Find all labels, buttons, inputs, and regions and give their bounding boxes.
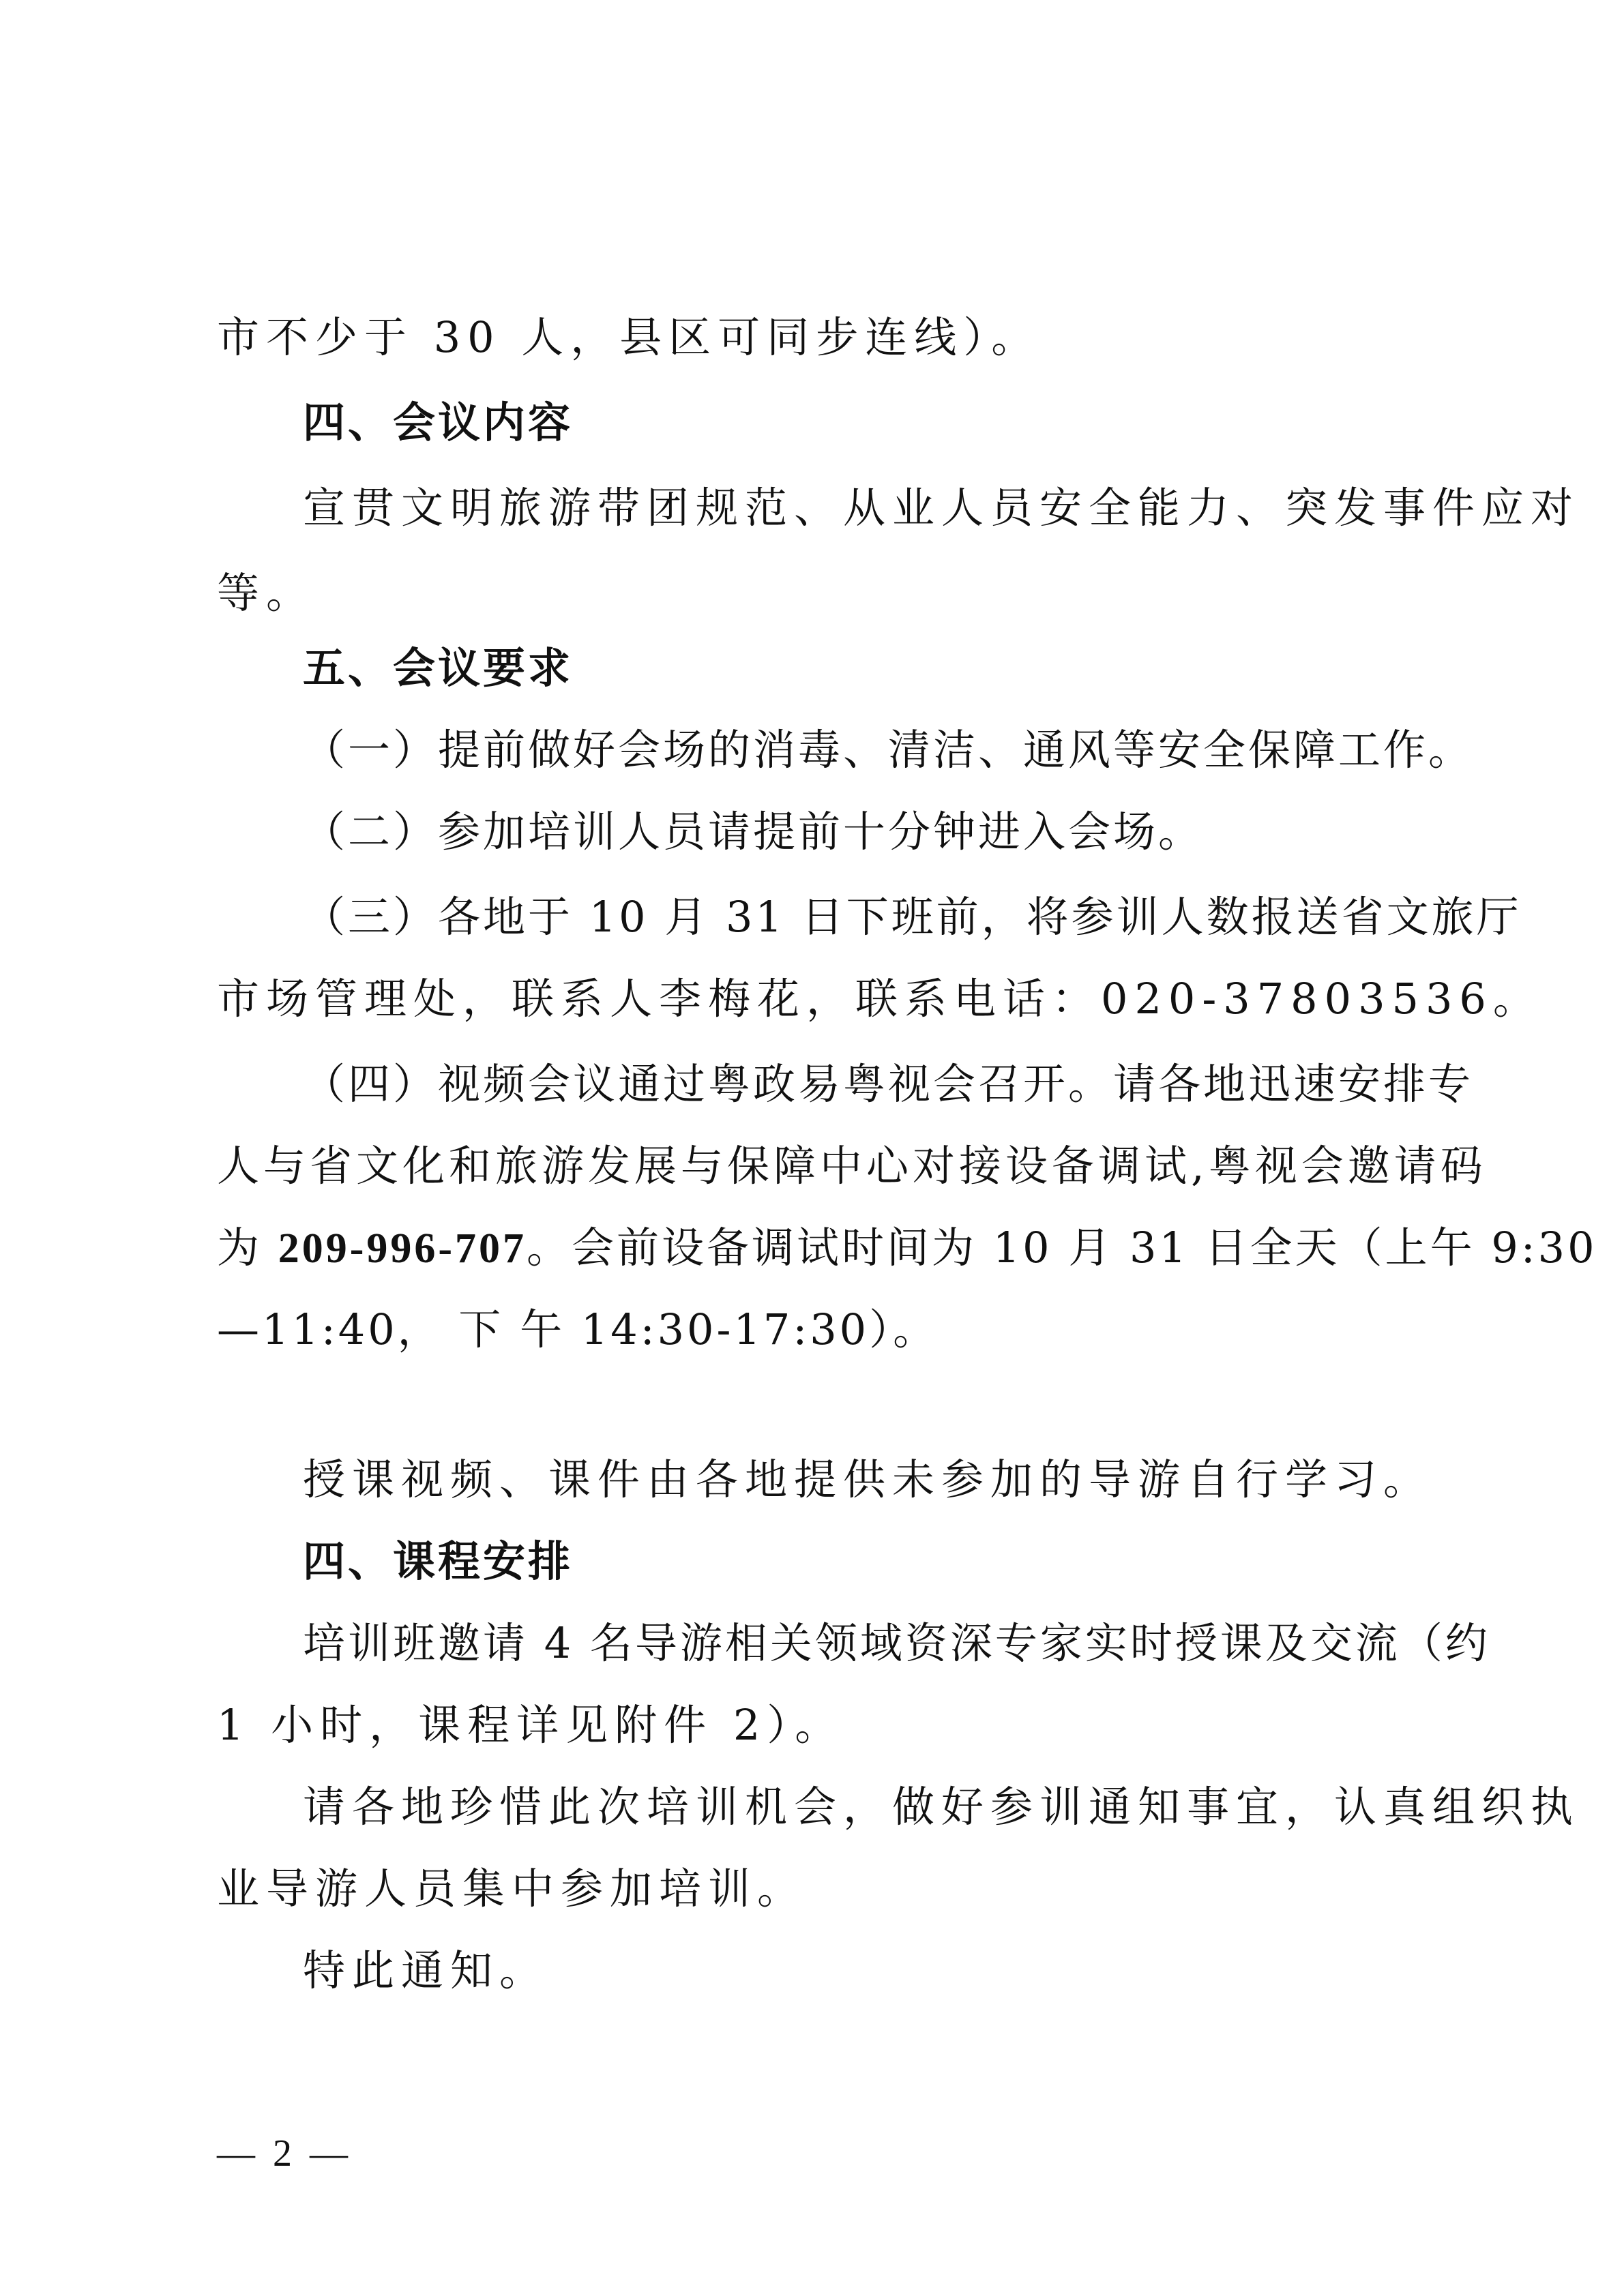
text-segment: 。会前设备调试时间为 10 月 31 日全天（上午 9:30 xyxy=(527,1223,1597,1272)
paragraph-line: 请各地珍惜此次培训机会，做好参训通知事宜，认真组织执 xyxy=(303,1780,1424,1834)
requirement-item-2: （二）参加培训人员请提前十分钟进入会场。 xyxy=(303,805,1424,859)
paragraph-line: 市场管理处，联系人李梅花，联系电话：020-37803536。 xyxy=(217,972,1424,1026)
paragraph-line: 培训班邀请 4 名导游相关领域资深专家实时授课及交流（约 xyxy=(303,1616,1424,1671)
page-number: — 2 — xyxy=(217,2126,352,2181)
paragraph-line: 等。 xyxy=(217,566,1424,621)
paragraph-line-invite-code: 为 209-996-707。会前设备调试时间为 10 月 31 日全天（上午 9… xyxy=(217,1221,1424,1275)
closing-line: 特此通知。 xyxy=(303,1943,1424,1998)
invite-code: 209-996-707 xyxy=(278,1225,527,1272)
paragraph-line: 1 小时，课程详见附件 2）。 xyxy=(217,1698,1424,1753)
section-heading-meeting-content: 四、会议内容 xyxy=(303,396,1424,450)
section-heading-meeting-requirements: 五、会议要求 xyxy=(303,641,1424,696)
section-heading-course-schedule: 四、课程安排 xyxy=(303,1534,1424,1589)
requirement-item-1: （一）提前做好会场的消毒、清洁、通风等安全保障工作。 xyxy=(303,723,1424,777)
paragraph-line: 业导游人员集中参加培训。 xyxy=(217,1862,1424,1916)
paragraph-line: 授课视频、课件由各地提供未参加的导游自行学习。 xyxy=(303,1452,1424,1507)
paragraph-line: 宣贯文明旅游带团规范、从业人员安全能力、突发事件应对 xyxy=(303,481,1424,535)
document-page: 市不少于 30 人，县区可同步连线）。 四、会议内容 宣贯文明旅游带团规范、从业… xyxy=(0,0,1624,2296)
text-segment: 为 xyxy=(217,1223,278,1272)
paragraph-line: 人与省文化和旅游发展与保障中心对接设备调试,粤视会邀请码 xyxy=(217,1139,1424,1193)
paragraph-line: —11:40， 下 午 14:30-17:30）。 xyxy=(217,1302,1424,1357)
requirement-item-4: （四）视频会议通过粤政易粤视会召开。请各地迅速安排专 xyxy=(303,1057,1424,1112)
requirement-item-3: （三）各地于 10 月 31 日下班前，将参训人数报送省文旅厅 xyxy=(303,890,1424,944)
paragraph-line: 市不少于 30 人，县区可同步连线）。 xyxy=(217,310,1424,365)
